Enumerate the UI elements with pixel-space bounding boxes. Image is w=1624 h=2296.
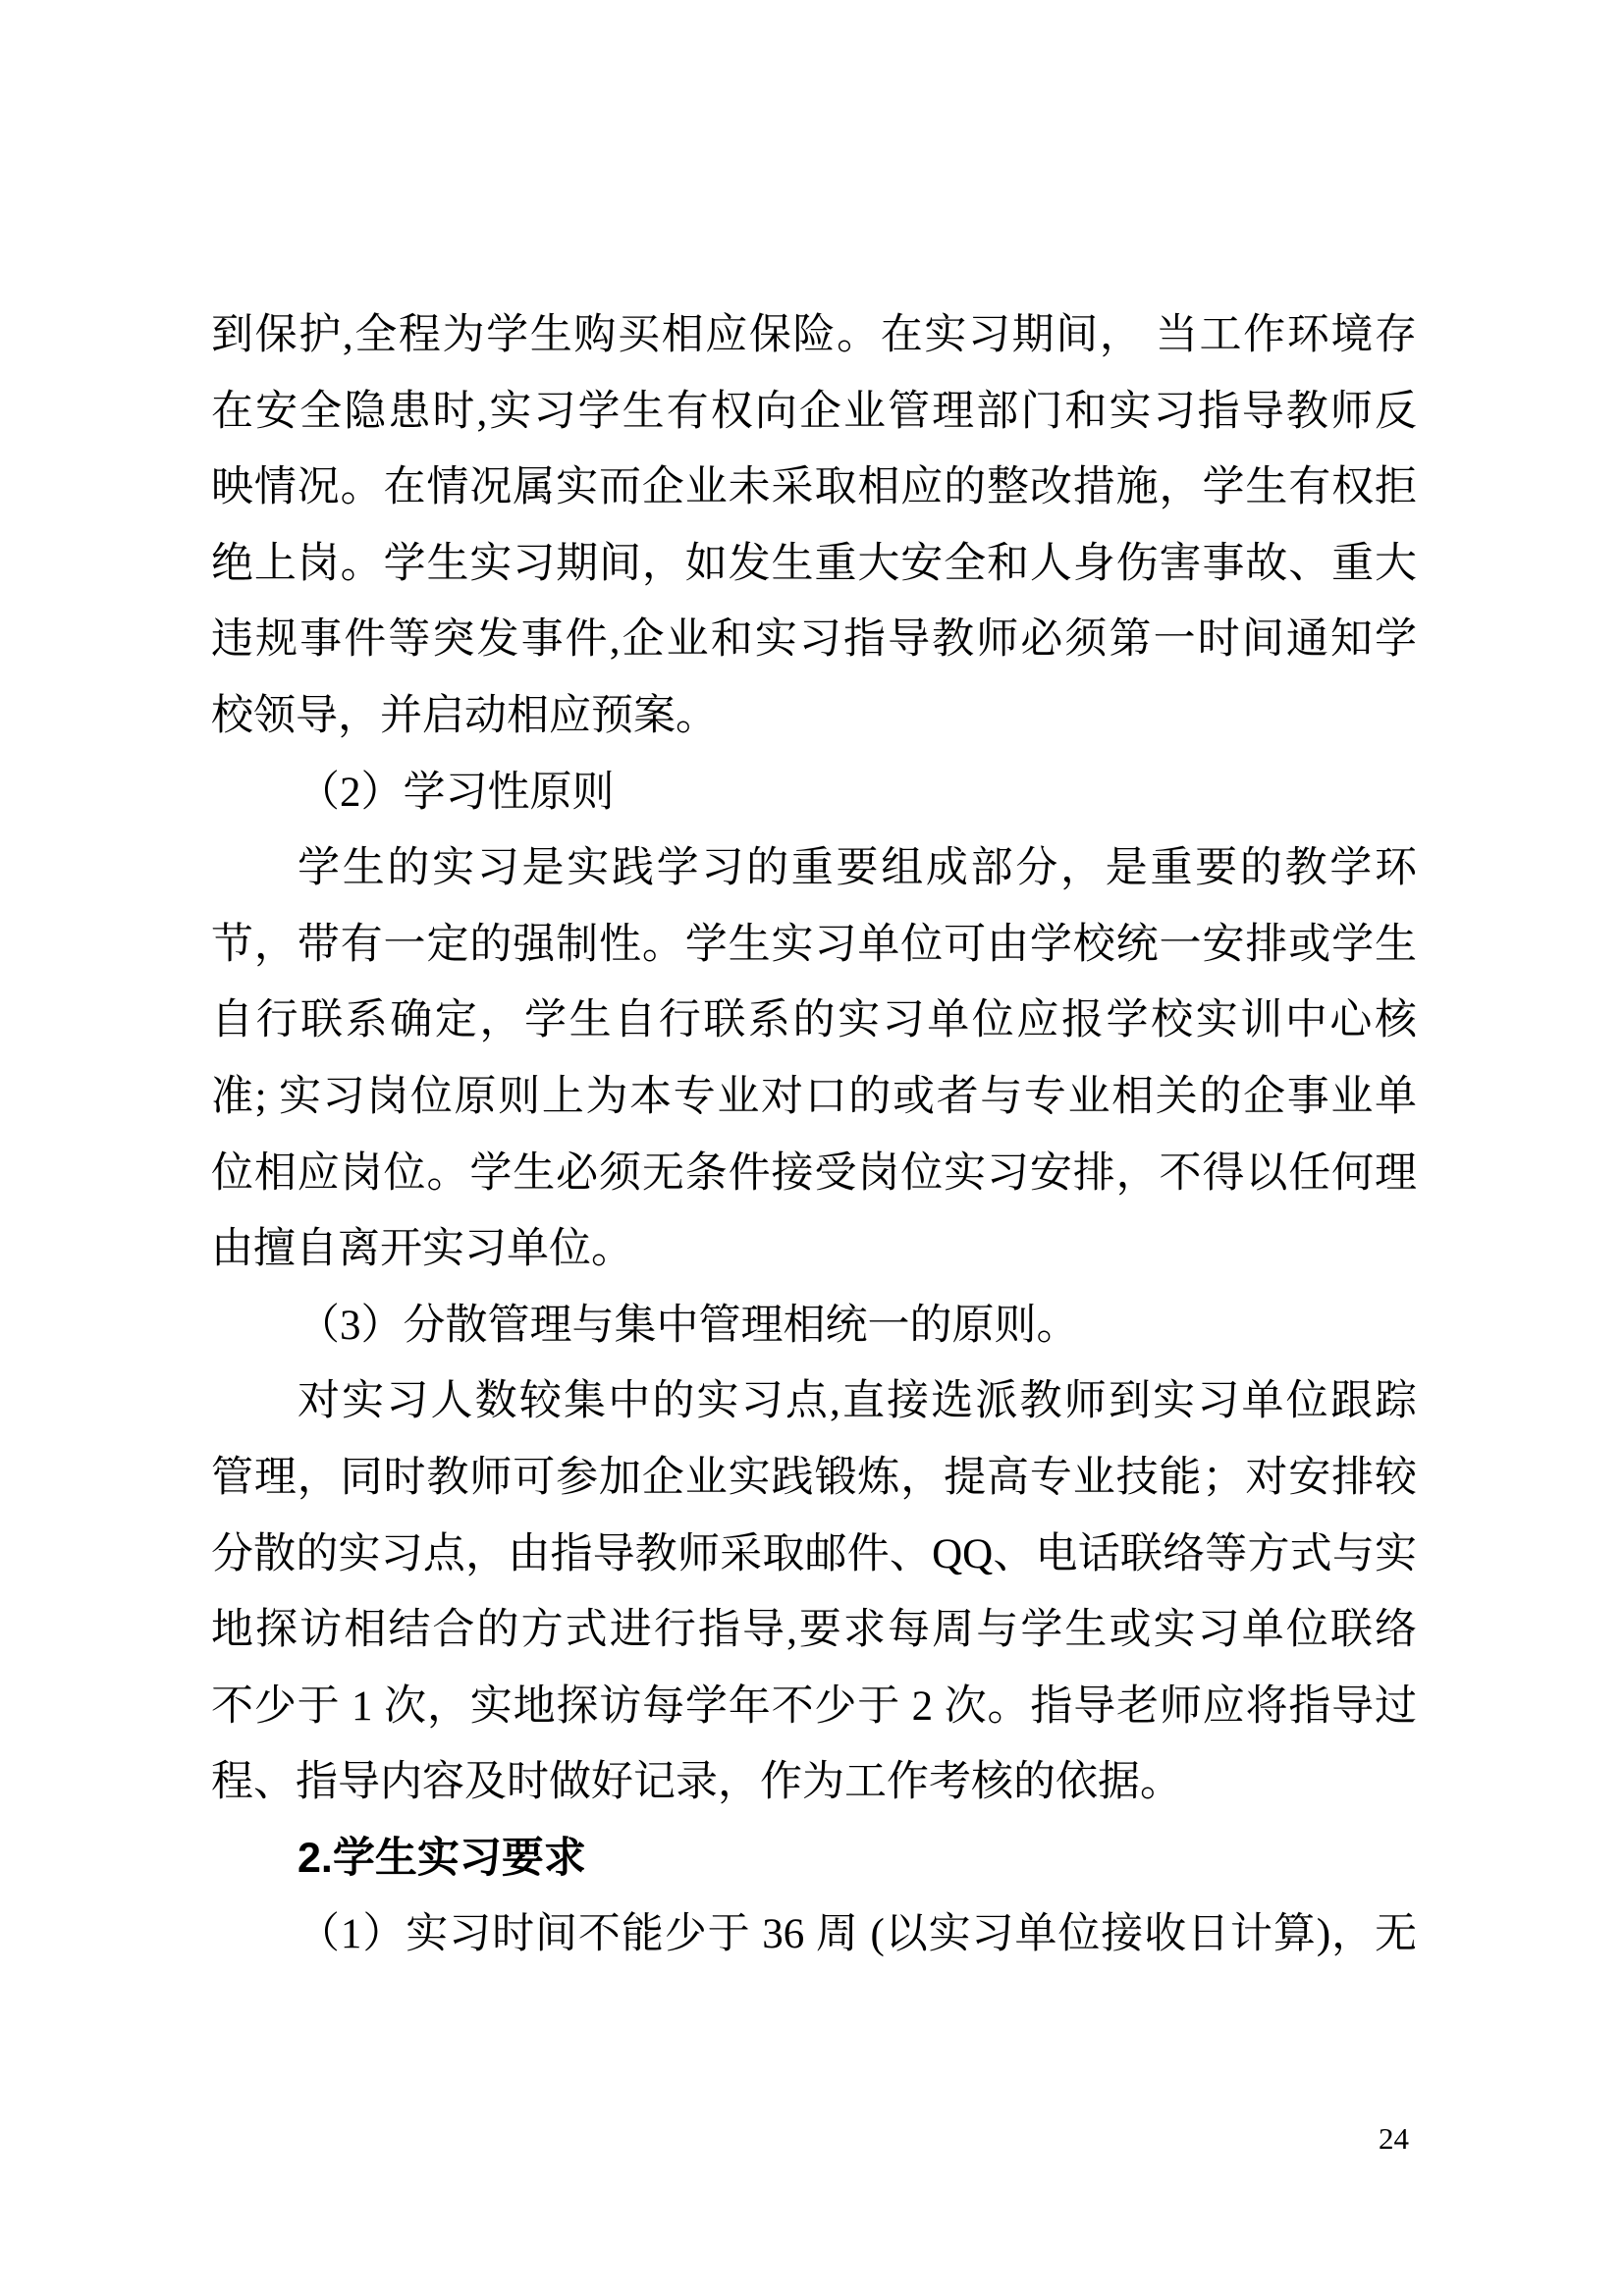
text-line: 程、指导内容及时做好记录，作为工作考核的依据。 — [211, 1744, 1417, 1821]
text-line: 管理，同时教师可参加企业实践锻炼，提高专业技能；对安排较 — [211, 1440, 1417, 1517]
text-line: 学生的实习是实践学习的重要组成部分，是重要的教学环 — [211, 830, 1417, 907]
subheading-line: （3）分散管理与集中管理相统一的原则。 — [211, 1288, 1417, 1364]
document-page: 到保护,全程为学生购买相应保险。在实习期间， 当工作环境存 在安全隐患时,实习学… — [0, 0, 1624, 2296]
text-line: 由擅自离开实习单位。 — [211, 1211, 1417, 1288]
text-line: 校领导，并启动相应预案。 — [211, 678, 1417, 755]
text-line: 对实习人数较集中的实习点,直接选派教师到实习单位跟踪 — [211, 1363, 1417, 1440]
text-line: 不少于 1 次，实地探访每学年不少于 2 次。指导老师应将指导过 — [211, 1669, 1417, 1745]
paragraph: 对实习人数较集中的实习点,直接选派教师到实习单位跟踪 管理，同时教师可参加企业实… — [211, 1363, 1417, 1821]
subheading-line: （2）学习性原则 — [211, 755, 1417, 831]
text-line: 地探访相结合的方式进行指导,要求每周与学生或实习单位联络 — [211, 1592, 1417, 1669]
text-line: 违规事件等突发事件,企业和实习指导教师必须第一时间通知学 — [211, 602, 1417, 678]
document-body: 到保护,全程为学生购买相应保险。在实习期间， 当工作环境存 在安全隐患时,实习学… — [211, 297, 1417, 1973]
section-heading: 2.学生实习要求 — [211, 1821, 1417, 1897]
text-line: 准; 实习岗位原则上为本专业对口的或者与专业相关的企事业单 — [211, 1059, 1417, 1136]
text-line: 自行联系确定，学生自行联系的实习单位应报学校实训中心核 — [211, 983, 1417, 1059]
paragraph: （3）分散管理与集中管理相统一的原则。 — [211, 1288, 1417, 1364]
text-line: 到保护,全程为学生购买相应保险。在实习期间， 当工作环境存 — [211, 297, 1417, 374]
paragraph: （1）实习时间不能少于 36 周 (以实习单位接收日计算)，无 — [211, 1896, 1417, 1973]
text-line: 绝上岗。学生实习期间，如发生重大安全和人身伤害事故、重大 — [211, 526, 1417, 603]
text-line: 位相应岗位。学生必须无条件接受岗位实习安排，不得以任何理 — [211, 1136, 1417, 1212]
text-line: （1）实习时间不能少于 36 周 (以实习单位接收日计算)，无 — [211, 1896, 1417, 1973]
paragraph: 学生的实习是实践学习的重要组成部分，是重要的教学环 节，带有一定的强制性。学生实… — [211, 830, 1417, 1288]
text-line: 在安全隐患时,实习学生有权向企业管理部门和实习指导教师反 — [211, 374, 1417, 451]
page-number: 24 — [1379, 2118, 1437, 2160]
text-line: 节，带有一定的强制性。学生实习单位可由学校统一安排或学生 — [211, 907, 1417, 984]
paragraph: 2.学生实习要求 — [211, 1821, 1417, 1897]
text-line: 映情况。在情况属实而企业未采取相应的整改措施，学生有权拒 — [211, 450, 1417, 526]
text-line: 分散的实习点，由指导教师采取邮件、QQ、电话联络等方式与实 — [211, 1517, 1417, 1593]
paragraph: （2）学习性原则 — [211, 755, 1417, 831]
paragraph: 到保护,全程为学生购买相应保险。在实习期间， 当工作环境存 在安全隐患时,实习学… — [211, 297, 1417, 755]
